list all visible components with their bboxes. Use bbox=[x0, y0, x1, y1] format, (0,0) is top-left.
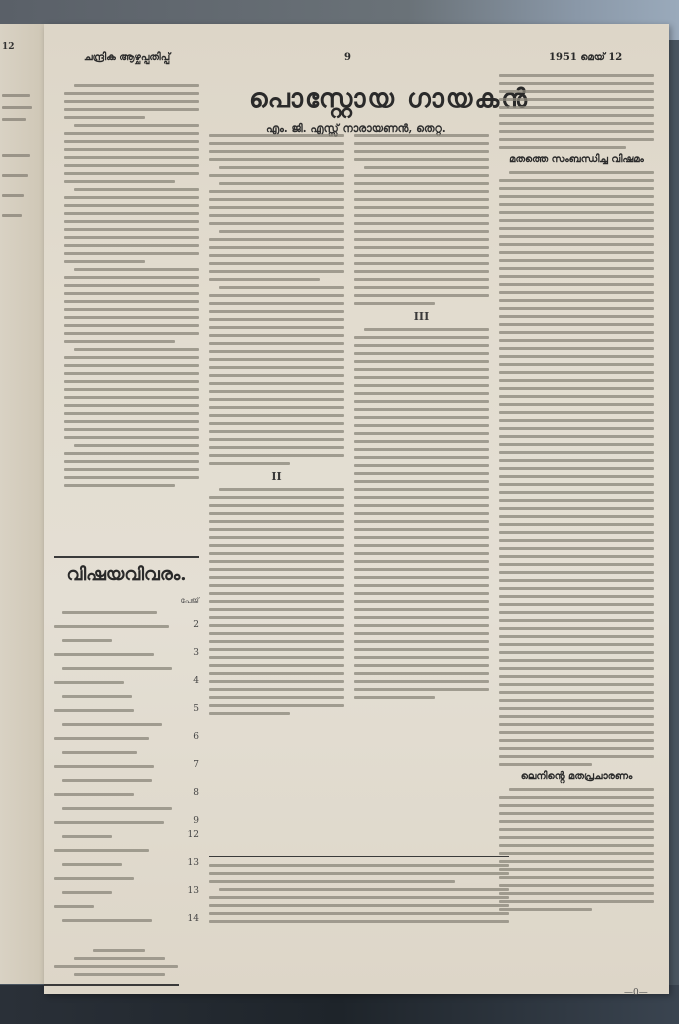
divider bbox=[209, 856, 509, 857]
page-number: 9 bbox=[344, 52, 351, 63]
section-heading: മതത്തെ സംബന്ധിച്ച വിഷമം bbox=[499, 154, 654, 165]
contents-item: 2 bbox=[54, 620, 199, 634]
contents-footer-note bbox=[54, 949, 184, 981]
contents-item bbox=[54, 718, 199, 732]
contents-item: 13 bbox=[54, 858, 199, 872]
contents-item: 7 bbox=[54, 760, 199, 774]
newspaper-page: ചന്ദ്രിക ആഴ്ചപ്പതിപ്പ് 9 1951 മെയ് 12 പൊ… bbox=[44, 24, 669, 994]
article-continuation bbox=[209, 864, 509, 928]
left-page-edge: 12 bbox=[0, 24, 46, 984]
text-line bbox=[2, 214, 22, 217]
contents-item: 8 bbox=[54, 788, 199, 802]
contents-item bbox=[54, 746, 199, 760]
end-mark: —0— bbox=[624, 988, 648, 998]
contents-item bbox=[54, 634, 199, 648]
contents-list: പേജ് 2 3 4 5 6 7 8 9 12 13 13 14 bbox=[54, 596, 199, 928]
contents-item bbox=[54, 900, 199, 914]
left-page-number: 12 bbox=[2, 42, 15, 52]
contents-item: 12 bbox=[54, 830, 199, 844]
contents-item: 3 bbox=[54, 648, 199, 662]
column-2: II bbox=[209, 134, 344, 720]
contents-column-label: പേജ് bbox=[54, 596, 199, 606]
page-header: ചന്ദ്രിക ആഴ്ചപ്പതിപ്പ് 9 1951 മെയ് 12 bbox=[44, 52, 669, 70]
column-3: III bbox=[354, 134, 489, 704]
contents-item: 6 bbox=[54, 732, 199, 746]
text-line bbox=[2, 174, 28, 177]
issue-date: 1951 മെയ് 12 bbox=[549, 52, 622, 63]
text-line bbox=[2, 106, 32, 109]
section-marker: III bbox=[354, 310, 489, 323]
contents-title: വിഷയവിവരം. bbox=[54, 564, 199, 585]
contents-item bbox=[54, 690, 199, 704]
text-line bbox=[2, 194, 24, 197]
divider bbox=[54, 556, 199, 558]
section-marker: II bbox=[209, 470, 344, 483]
publication-name: ചന്ദ്രിക ആഴ്ചപ്പതിപ്പ് bbox=[84, 52, 170, 63]
contents-item: 9 bbox=[54, 816, 199, 830]
contents-item bbox=[54, 872, 199, 886]
text-line bbox=[2, 94, 30, 97]
contents-item bbox=[54, 606, 199, 620]
contents-item: 4 bbox=[54, 676, 199, 690]
contents-item: 14 bbox=[54, 914, 199, 928]
article-title: പൊസ്റ്റോയ ഗായകൻ bbox=[249, 84, 529, 115]
column-1 bbox=[64, 84, 199, 492]
text-line bbox=[2, 118, 26, 121]
contents-item bbox=[54, 774, 199, 788]
text-line bbox=[2, 154, 30, 157]
contents-item: 13 bbox=[54, 886, 199, 900]
contents-item: 5 bbox=[54, 704, 199, 718]
column-4: മതത്തെ സംബന്ധിച്ച വിഷമം ലെനിൻ്റെ മതപ്രചാ… bbox=[499, 74, 654, 916]
divider bbox=[44, 984, 179, 986]
contents-item bbox=[54, 844, 199, 858]
section-heading: ലെനിൻ്റെ മതപ്രചാരണം bbox=[499, 771, 654, 782]
contents-item bbox=[54, 802, 199, 816]
contents-item bbox=[54, 662, 199, 676]
